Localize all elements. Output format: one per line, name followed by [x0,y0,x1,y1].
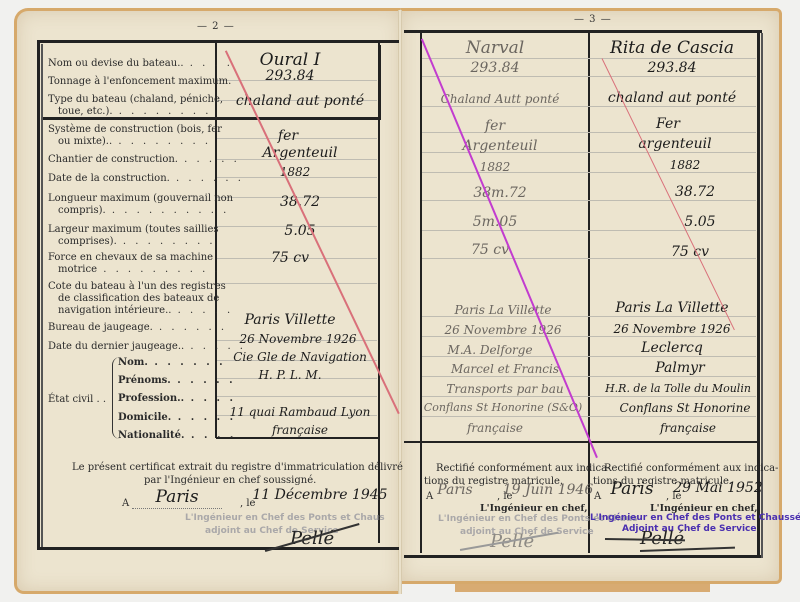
value-systeme: fer [278,128,298,144]
place-prefix-left: A [122,498,129,509]
label-cote-1: Cote du bateau à l'un des registres [48,281,226,293]
label-force-1: Force en chevaux de sa machine [48,252,213,264]
value-nationalite: française [272,423,328,437]
book-gutter [398,10,402,594]
col1-place: Paris [437,482,473,498]
col2-systeme: Fer [656,116,680,132]
col1-type-bateau: Chaland Autt ponté [441,92,560,106]
right-frame-top-border [404,30,762,33]
col1-domicile: Conflans St Honorine (S&O) [424,401,582,414]
col2-date-construction: 1882 [670,158,701,172]
label-longueur-2: compris). . . . . . . . . . . [58,205,229,217]
col2-domicile: Conflans St Honorine [620,401,751,415]
certificate-text-line1: Le présent certificat extrait du registr… [72,462,403,473]
col2-rectification-line1: Rectifié conformément aux indica- [604,463,778,474]
label-date-jaugeage: Date du dernier jaugeage.. . . . . . [48,341,246,353]
label-prenoms: Prénoms. . . . . . [118,375,236,387]
rule [422,376,756,377]
col2-force: 75 cv [671,244,709,260]
rule [422,200,756,201]
col2-place: Paris [610,479,653,499]
date-left: 11 Décembre 1945 [252,487,387,503]
right-column-divider [588,33,590,553]
label-cote-2: de classification des bateaux de [58,293,219,305]
right-column-left-border [420,33,422,553]
value-date-jaugeage: 26 Novembre 1926 [240,332,357,346]
value-prenoms: H. P. L. M. [258,368,321,382]
right-section-divider [404,441,759,443]
rule [217,283,377,284]
left-frame-inner-border [41,44,43,550]
left-frame-left-border [37,41,40,550]
col1-prenoms: Marcel et Francis [451,362,559,376]
label-nom: Nom. . . . . . . [118,357,226,369]
col2-type-bateau: chaland aut ponté [608,90,736,106]
label-force-2: motrice . . . . . . . . . . [58,264,221,276]
rule [422,58,756,59]
col1-tonnage: 293.84 [471,60,520,76]
col1-force: 75 cv [471,242,509,258]
col1-profession: Transports par bau [446,382,563,396]
label-nationalite: Nationalité. . . . . [118,430,236,442]
rule [217,396,377,397]
col1-systeme: fer [485,118,505,134]
right-frame-bottom-border [404,555,761,558]
rule [422,230,756,231]
rule [422,132,756,133]
col2-chantier: argenteuil [638,136,711,152]
label-etat-civil: État civil . . [48,394,106,406]
col2-place-prefix: A [594,491,601,502]
value-bureau-jaugeage: Paris Villette [244,312,335,328]
value-nom: Cie Gle de Navigation [233,350,367,364]
left-value-bottom-line [216,437,379,439]
col2-nom-bateau: Rita de Cascia [610,38,734,58]
certificate-text-line2: par l'Ingénieur en chef soussigné. [144,475,316,486]
label-cote-3: navigation intérieure.. . . . . . [58,305,233,317]
value-tonnage: 293.84 [266,68,315,84]
col2-bureau-jaugeage: Paris La Villette [615,300,728,316]
col2-date-jaugeage: 26 Novembre 1926 [614,322,731,336]
label-type-bateau-2: toue, etc.). . . . . . . . . [58,106,211,118]
col1-nom-bateau: Narval [466,38,524,58]
col2-longueur: 38.72 [675,184,715,200]
label-date-construction: Date de la construction. . . . . . . [48,173,244,185]
label-chantier: Chantier de construction. . . . . . [48,154,240,166]
col1-rectification-line1: Rectifié conformément aux indica- [436,463,610,474]
col1-nationalite: française [467,421,523,435]
label-longueur-1: Longueur maximum (gouvernail non [48,193,233,205]
col2-tonnage: 293.84 [648,60,697,76]
label-largeur-2: comprises). . . . . . . . . [58,236,216,248]
col1-date-construction: 1882 [480,160,511,174]
col1-place-prefix: A [426,491,433,502]
col2-profession: H.R. de la Tolle du Moulin [605,382,751,395]
value-type-bateau: chaland aut ponté [236,93,364,109]
label-tonnage: Tonnage à l'enfoncement maximum. [48,76,231,88]
col2-nationalite: française [660,421,716,435]
value-domicile: 11 quai Rambaud Lyon [230,405,371,419]
col2-nom: Leclercq [641,340,703,356]
label-largeur-1: Largeur maximum (toutes saillies [48,224,219,236]
right-frame-right-border [757,30,760,558]
rule [422,106,756,107]
label-systeme-1: Système de construction (bois, fer [48,124,222,136]
label-profession: Profession.. . . . . [118,393,236,405]
label-systeme-2: ou mixte).. . . . . . . . . [58,136,211,148]
value-nom-bateau: Oural I [260,50,321,70]
label-type-bateau-1: Type du bateau (chaland, péniche, [48,94,223,106]
left-frame-bottom-border [37,547,399,550]
place-left: Paris [155,487,198,507]
col1-date: 19 Juin 1946 [503,482,593,498]
col2-prenoms: Palmyr [655,360,705,376]
col2-date: 29 Mai 1952 [673,480,763,496]
value-force: 75 cv [271,250,309,266]
page-number-left: — 2 — [197,21,235,32]
stamp-line1-left: L'Ingénieur en Chef des Ponts et Chaus [185,513,385,523]
col1-engineer-label: L'Ingénieur en chef, [480,503,588,514]
label-domicile: Domicile. . . . . . [118,412,236,424]
rule [422,172,756,173]
rule [422,76,756,77]
label-bureau-jaugeage: Bureau de jaugeage. . . . . . . [48,322,227,334]
page-number-right: — 3 — [574,14,612,25]
rule [422,416,756,417]
col1-nom: M.A. Delforge [447,343,532,357]
place-line-left [132,508,222,509]
col2-stamp-line1: L'Ingénieur en Chef des Ponts et Chaussé… [590,513,800,523]
left-frame-top-border [37,40,399,43]
col1-chantier: Argenteuil [463,138,538,154]
col2-largeur: 5.05 [684,214,715,230]
col1-longueur: 38m.72 [473,185,526,201]
label-nom-bateau: Nom ou devise du bateau.. . . . . [48,58,233,70]
rule [422,396,756,397]
